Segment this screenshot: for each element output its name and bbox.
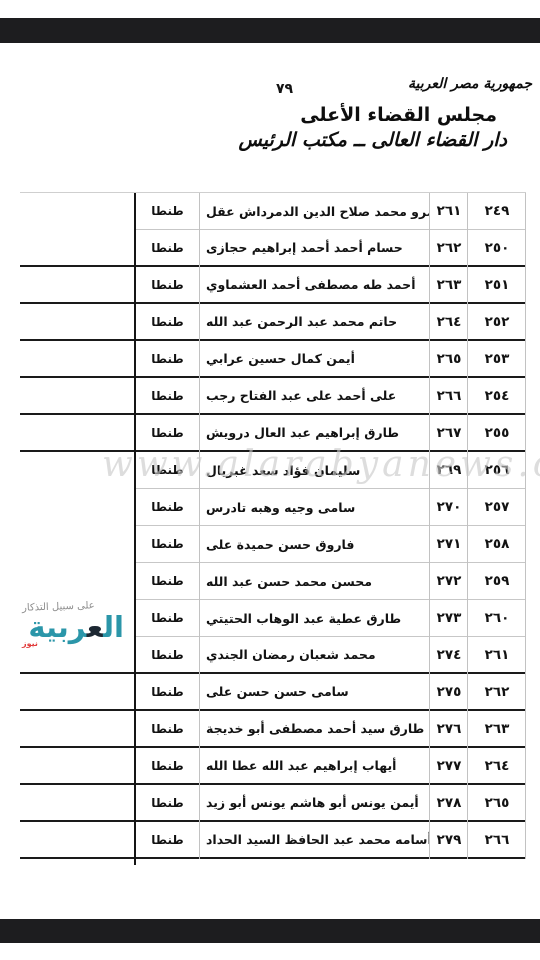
table-row: طنطاسامى حسن حسن على٢٧٥٢٦٢ bbox=[20, 674, 526, 711]
serial-cell: ٢٦٥ bbox=[468, 785, 526, 822]
name-cell: سامى حسن حسن على bbox=[200, 674, 430, 711]
number-cell: ٢٧٠ bbox=[430, 489, 468, 526]
city-cell: طنطا bbox=[135, 378, 200, 415]
name-cell: طارق إبراهيم عبد العال درويش bbox=[200, 415, 430, 452]
serial-cell: ٢٤٩ bbox=[468, 193, 526, 230]
table-row: طنطاطارق سيد أحمد مصطفى أبو خديجة٢٧٦٢٦٣ bbox=[20, 711, 526, 748]
serial-cell: ٢٥٧ bbox=[468, 489, 526, 526]
city-cell: طنطا bbox=[135, 193, 200, 230]
serial-cell: ٢٦١ bbox=[468, 637, 526, 674]
city-cell: طنطا bbox=[135, 600, 200, 637]
number-cell: ٢٦٣ bbox=[430, 267, 468, 304]
notes-cell bbox=[20, 489, 135, 526]
notes-cell bbox=[20, 600, 135, 637]
number-cell: ٢٧٤ bbox=[430, 637, 468, 674]
name-cell: أيمن يونس أبو هاشم يونس أبو زيد bbox=[200, 785, 430, 822]
table-row: طنطاحاتم محمد عبد الرحمن عبد الله٢٦٤٢٥٢ bbox=[20, 304, 526, 341]
notes-cell bbox=[20, 822, 135, 859]
number-cell: ٢٦٥ bbox=[430, 341, 468, 378]
name-cell: حسام أحمد أحمد إبراهيم حجازى bbox=[200, 230, 430, 267]
city-cell: طنطا bbox=[135, 674, 200, 711]
city-cell: طنطا bbox=[135, 304, 200, 341]
notes-cell bbox=[20, 637, 135, 674]
notes-cell bbox=[20, 711, 135, 748]
notes-cell bbox=[20, 674, 135, 711]
number-cell: ٢٧٨ bbox=[430, 785, 468, 822]
city-cell: طنطا bbox=[135, 267, 200, 304]
city-cell: طنطا bbox=[135, 526, 200, 563]
serial-cell: ٢٥٥ bbox=[468, 415, 526, 452]
number-cell: ٢٦٤ bbox=[430, 304, 468, 341]
serial-cell: ٢٥٣ bbox=[468, 341, 526, 378]
table-row: طنطافاروق حسن حميدة على٢٧١٢٥٨ bbox=[20, 526, 526, 563]
name-cell: سامى وجيه وهبه تادرس bbox=[200, 489, 430, 526]
name-cell: عمرو محمد صلاح الدين الدمرداش عقل bbox=[200, 193, 430, 230]
notes-cell bbox=[20, 526, 135, 563]
name-cell: أيمن كمال حسين عرابي bbox=[200, 341, 430, 378]
scanned-document-page: { "page": { "header": { "country_line": … bbox=[0, 0, 540, 960]
name-cell: أيهاب إبراهيم عبد الله عطا الله bbox=[200, 748, 430, 785]
letterbox-bottom-bar bbox=[0, 919, 540, 943]
city-cell: طنطا bbox=[135, 711, 200, 748]
judges-table: طنطاعمرو محمد صلاح الدين الدمرداش عقل٢٦١… bbox=[20, 192, 526, 859]
table-vertical-rule bbox=[199, 193, 200, 859]
number-cell: ٢٧١ bbox=[430, 526, 468, 563]
number-cell: ٢٦٢ bbox=[430, 230, 468, 267]
number-cell: ٢٧٦ bbox=[430, 711, 468, 748]
serial-cell: ٢٥٢ bbox=[468, 304, 526, 341]
table-row: طنطاأحمد طه مصطفى أحمد العشماوي٢٦٣٢٥١ bbox=[20, 267, 526, 304]
serial-cell: ٢٥٤ bbox=[468, 378, 526, 415]
city-cell: طنطا bbox=[135, 415, 200, 452]
table-row: طنطاعلى أحمد على عبد الفتاح رجب٢٦٦٢٥٤ bbox=[20, 378, 526, 415]
table-row: طنطاسامى وجيه وهبه تادرس٢٧٠٢٥٧ bbox=[20, 489, 526, 526]
serial-cell: ٢٦٢ bbox=[468, 674, 526, 711]
table-row: طنطامحمد شعبان رمضان الجندي٢٧٤٢٦١ bbox=[20, 637, 526, 674]
serial-cell: ٢٦٤ bbox=[468, 748, 526, 785]
serial-cell: ٢٥٨ bbox=[468, 526, 526, 563]
notes-cell bbox=[20, 563, 135, 600]
name-cell: أحمد طه مصطفى أحمد العشماوي bbox=[200, 267, 430, 304]
name-cell: أسامه محمد عبد الحافظ السيد الحداد bbox=[200, 822, 430, 859]
name-cell: طارق سيد أحمد مصطفى أبو خديجة bbox=[200, 711, 430, 748]
notes-cell bbox=[20, 452, 135, 489]
name-cell: حاتم محمد عبد الرحمن عبد الله bbox=[200, 304, 430, 341]
serial-cell: ٢٥٠ bbox=[468, 230, 526, 267]
name-cell: سليمان فؤاد سعد غبريال bbox=[200, 452, 430, 489]
name-cell: محمد شعبان رمضان الجندي bbox=[200, 637, 430, 674]
serial-cell: ٢٥٩ bbox=[468, 563, 526, 600]
header-office-line: دار القضاء العالى ــ مكتب الرئيس bbox=[238, 129, 507, 151]
city-cell: طنطا bbox=[135, 489, 200, 526]
table-row: طنطاحسام أحمد أحمد إبراهيم حجازى٢٦٢٢٥٠ bbox=[20, 230, 526, 267]
notes-cell bbox=[20, 304, 135, 341]
header-country-line: جمهورية مصر العربية bbox=[408, 76, 532, 92]
notes-cell bbox=[20, 193, 135, 230]
table-row: طنطاأيهاب إبراهيم عبد الله عطا الله٢٧٧٢٦… bbox=[20, 748, 526, 785]
name-cell: طارق عطية عبد الوهاب الحتيتي bbox=[200, 600, 430, 637]
name-cell: محسن محمد حسن عبد الله bbox=[200, 563, 430, 600]
table-row: طنطاأيمن كمال حسين عرابي٢٦٥٢٥٣ bbox=[20, 341, 526, 378]
city-cell: طنطا bbox=[135, 637, 200, 674]
number-cell: ٢٦٧ bbox=[430, 415, 468, 452]
name-cell: فاروق حسن حميدة على bbox=[200, 526, 430, 563]
table-rows-container: طنطاعمرو محمد صلاح الدين الدمرداش عقل٢٦١… bbox=[20, 193, 526, 859]
table-vertical-rule bbox=[525, 193, 526, 859]
notes-cell bbox=[20, 267, 135, 304]
table-row: طنطاسليمان فؤاد سعد غبريال٢٦٩٢٥٦ bbox=[20, 452, 526, 489]
number-cell: ٢٧٣ bbox=[430, 600, 468, 637]
city-cell: طنطا bbox=[135, 785, 200, 822]
serial-cell: ٢٦٠ bbox=[468, 600, 526, 637]
table-row: طنطامحسن محمد حسن عبد الله٢٧٢٢٥٩ bbox=[20, 563, 526, 600]
table-row: طنطاأسامه محمد عبد الحافظ السيد الحداد٢٧… bbox=[20, 822, 526, 859]
table-vertical-rule-main bbox=[134, 193, 136, 865]
notes-cell bbox=[20, 378, 135, 415]
number-cell: ٢٧٩ bbox=[430, 822, 468, 859]
serial-cell: ٢٦٦ bbox=[468, 822, 526, 859]
page-number: ٧٩ bbox=[276, 81, 293, 97]
letterbox-top-bar bbox=[0, 18, 540, 43]
number-cell: ٢٧٢ bbox=[430, 563, 468, 600]
number-cell: ٢٧٧ bbox=[430, 748, 468, 785]
city-cell: طنطا bbox=[135, 822, 200, 859]
notes-cell bbox=[20, 341, 135, 378]
number-cell: ٢٦٩ bbox=[430, 452, 468, 489]
table-row: طنطاطارق إبراهيم عبد العال درويش٢٦٧٢٥٥ bbox=[20, 415, 526, 452]
notes-cell bbox=[20, 748, 135, 785]
city-cell: طنطا bbox=[135, 341, 200, 378]
notes-cell bbox=[20, 415, 135, 452]
number-cell: ٢٦١ bbox=[430, 193, 468, 230]
serial-cell: ٢٥٦ bbox=[468, 452, 526, 489]
header-council-line: مجلس القضاء الأعلى bbox=[300, 104, 497, 126]
number-cell: ٢٧٥ bbox=[430, 674, 468, 711]
serial-cell: ٢٦٣ bbox=[468, 711, 526, 748]
table-row: طنطاعمرو محمد صلاح الدين الدمرداش عقل٢٦١… bbox=[20, 193, 526, 230]
number-cell: ٢٦٦ bbox=[430, 378, 468, 415]
notes-cell bbox=[20, 785, 135, 822]
table-vertical-rule bbox=[467, 193, 468, 859]
city-cell: طنطا bbox=[135, 748, 200, 785]
name-cell: على أحمد على عبد الفتاح رجب bbox=[200, 378, 430, 415]
notes-cell bbox=[20, 230, 135, 267]
table-vertical-rule bbox=[429, 193, 430, 859]
city-cell: طنطا bbox=[135, 452, 200, 489]
table-row: طنطاأيمن يونس أبو هاشم يونس أبو زيد٢٧٨٢٦… bbox=[20, 785, 526, 822]
city-cell: طنطا bbox=[135, 230, 200, 267]
serial-cell: ٢٥١ bbox=[468, 267, 526, 304]
city-cell: طنطا bbox=[135, 563, 200, 600]
table-row: طنطاطارق عطية عبد الوهاب الحتيتي٢٧٣٢٦٠ bbox=[20, 600, 526, 637]
